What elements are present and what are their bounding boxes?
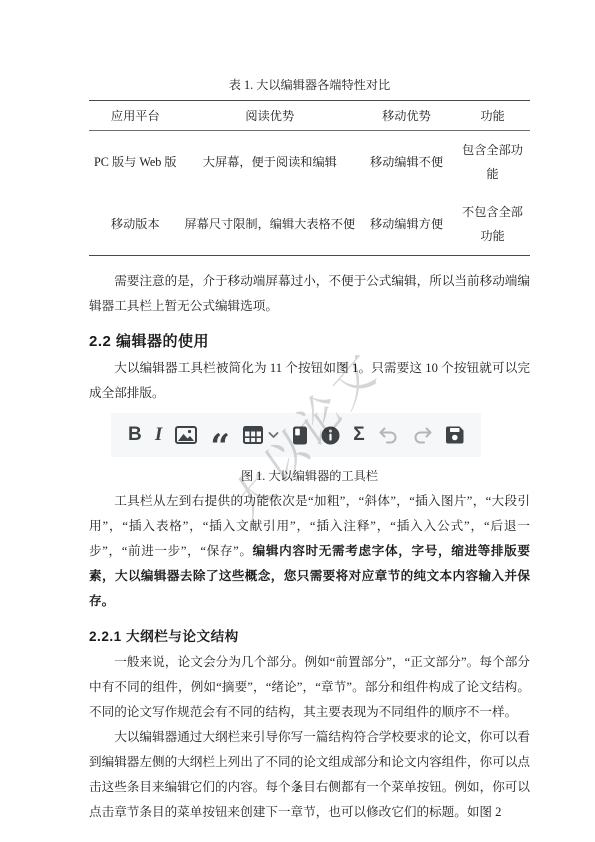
column-header-mobility: 移动优势 — [358, 101, 455, 131]
feature-comparison-table: 应用平台 阅读优势 移动优势 功能 PC 版与 Web 版 大屏幕，便于阅读和编… — [89, 100, 530, 256]
document-page: 大以论文 表 1. 大以编辑器各端特性对比 应用平台 阅读优势 移动优势 功能 … — [0, 0, 595, 842]
paragraph-note-mobile: 需要注意的是，介于移动端屏幕过小，不便于公式编辑，所以当前移动端编辑器工具栏上暂… — [89, 269, 530, 319]
section-heading-2-2-1: 2.2.1 大纲栏与论文结构 — [89, 625, 530, 645]
insert-note-button[interactable] — [321, 420, 340, 450]
cell-mobility: 移动编辑方便 — [358, 193, 455, 256]
italic-icon: I — [155, 424, 162, 446]
undo-button[interactable] — [378, 420, 399, 450]
paragraph-toolbar-functions: 工具栏从左到右提供的功能依次是“加粗”，“斜体”，“插入图片”，“大段引用”，“… — [89, 489, 530, 614]
redo-icon — [412, 427, 433, 444]
cell-platform: 移动版本 — [89, 193, 182, 256]
redo-button[interactable] — [412, 420, 433, 450]
italic-button[interactable]: I — [155, 420, 162, 450]
insert-image-button[interactable] — [175, 420, 197, 450]
save-floppy-icon — [446, 426, 464, 444]
column-header-function: 功能 — [455, 101, 530, 131]
blockquote-button[interactable]: “ — [210, 420, 230, 450]
cell-reading: 屏幕尺寸限制，编辑大表格不便 — [182, 193, 358, 256]
insert-formula-button[interactable]: Σ — [353, 420, 364, 450]
insert-citation-button[interactable] — [292, 420, 308, 450]
table-header-row: 应用平台 阅读优势 移动优势 功能 — [89, 101, 530, 131]
page-content: 表 1. 大以编辑器各端特性对比 应用平台 阅读优势 移动优势 功能 PC 版与… — [89, 76, 530, 825]
bold-button[interactable]: B — [128, 420, 142, 450]
table-row: PC 版与 Web 版 大屏幕，便于阅读和编辑 移动编辑不便 包含全部功能 — [89, 131, 530, 194]
column-header-platform: 应用平台 — [89, 101, 182, 131]
table-row: 移动版本 屏幕尺寸限制，编辑大表格不便 移动编辑方便 不包含全部功能 — [89, 193, 530, 256]
info-icon — [321, 426, 340, 445]
editor-toolbar-figure: B I “ — [111, 413, 481, 457]
cell-reading: 大屏幕，便于阅读和编辑 — [182, 131, 358, 194]
cell-function: 不包含全部功能 — [455, 193, 530, 256]
table-icon — [243, 426, 263, 444]
cell-function: 包含全部功能 — [455, 131, 530, 194]
column-header-reading: 阅读优势 — [182, 101, 358, 131]
page-number: 2 — [0, 783, 595, 795]
chevron-down-icon — [268, 431, 279, 439]
undo-icon — [378, 427, 399, 444]
insert-table-button[interactable] — [243, 420, 279, 450]
cell-platform: PC 版与 Web 版 — [89, 131, 182, 194]
blockquote-icon: “ — [210, 430, 230, 450]
paragraph-outline-bar: 大以编辑器通过大纲栏来引导你写一篇结构符合学校要求的论文，你可以看到编辑器左侧的… — [89, 725, 530, 825]
paragraph-paper-structure: 一般来说，论文会分为几个部分。例如“前置部分”，“正文部分”。每个部分中有不同的… — [89, 650, 530, 725]
table-caption: 表 1. 大以编辑器各端特性对比 — [89, 76, 530, 93]
sigma-icon: Σ — [353, 424, 364, 446]
cell-mobility: 移动编辑不便 — [358, 131, 455, 194]
bold-icon: B — [128, 424, 142, 446]
citation-book-icon — [292, 426, 308, 445]
figure-caption: 图 1. 大以编辑器的工具栏 — [89, 467, 530, 484]
image-icon — [175, 426, 197, 444]
section-heading-2-2: 2.2 编辑器的使用 — [89, 330, 530, 351]
save-button[interactable] — [446, 420, 464, 450]
paragraph-toolbar-intro: 大以编辑器工具栏被简化为 11 个按钮如图 1。只需要这 10 个按钮就可以完成… — [89, 356, 530, 406]
